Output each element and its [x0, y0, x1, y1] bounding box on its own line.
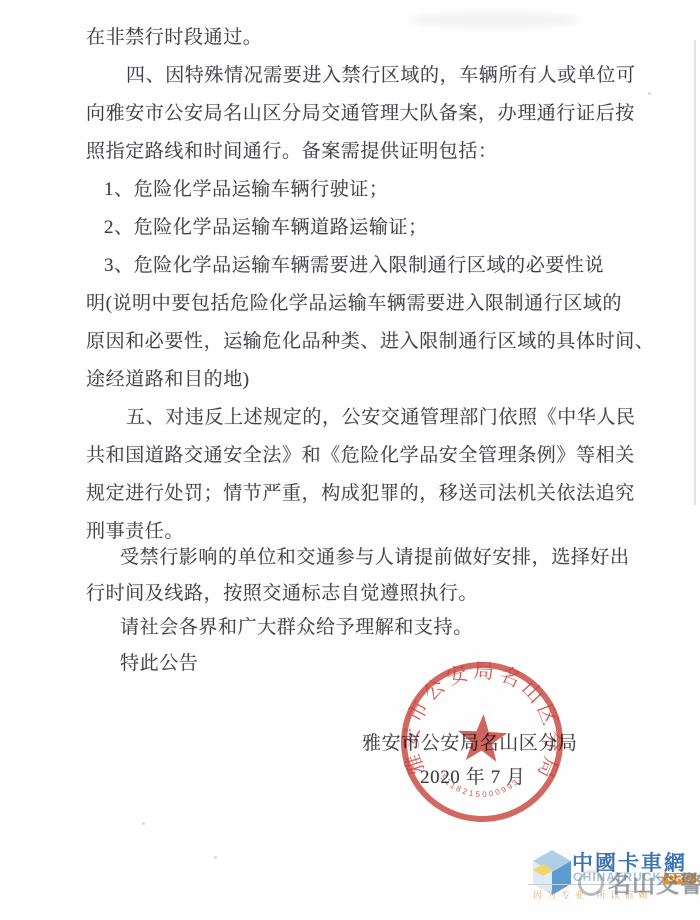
- notice-line: 原因和必要性，运输危化品种类、进入限制通行区域的具体时间、: [86, 326, 654, 353]
- notice-line: 规定进行处罚；情节严重，构成犯罪的，移送司法机关依法追究: [86, 478, 635, 505]
- notice-line: 共和国道路交通安全法》和《危险化学品安全管理条例》等相关: [86, 440, 635, 467]
- notice-line: 向雅安市公安局名山区分局交通管理大队备案，办理通行证后按: [86, 98, 635, 125]
- scan-smudge: [410, 12, 580, 28]
- police-watermark-text: 名山交警: [608, 866, 700, 899]
- notice-line: 明(说明中要包括危险化学品运输车辆需要进入限制通行区域的: [86, 288, 622, 315]
- scan-speck: [142, 822, 145, 825]
- notice-line: 途经道路和目的地): [86, 364, 250, 391]
- notice-line: 照指定路线和时间通行。备案需提供证明包括：: [86, 136, 498, 163]
- notice-line: 1、危险化学品运输车辆行驶证；: [104, 174, 389, 201]
- police-watermark: 名山交警: [578, 866, 700, 899]
- notice-line: 五、对违反上述规定的，公安交通管理部门依照《中华人民: [126, 402, 636, 429]
- scan-speck: [648, 92, 651, 95]
- notice-line: 在非禁行时段通过。: [86, 22, 262, 49]
- notice-line: 刑事责任。: [86, 516, 184, 543]
- watermark-ring-icon: [578, 870, 604, 896]
- notice-line: 请社会各界和广大群众给予理解和支持。: [120, 612, 473, 639]
- official-seal: 雅安市公安局名山区分局 5118215000993: [392, 654, 573, 833]
- notice-line: 四、因特殊情况需要进入禁行区域的，车辆所有人或单位可: [126, 60, 636, 87]
- notice-line: 受禁行影响的单位和交通参与人请提前做好安排，选择好出: [120, 542, 630, 569]
- seal-code: 5118215000993: [438, 772, 522, 801]
- seal-star-icon: [456, 713, 508, 763]
- scan-page-edge: [694, 40, 696, 505]
- scan-speck: [214, 856, 217, 859]
- notice-line: 3、危险化学品运输车辆需要进入限制通行区域的必要性说: [104, 250, 604, 277]
- scanned-notice-page: 在非禁行时段通过。 四、因特殊情况需要进入禁行区域的，车辆所有人或单位可 向雅安…: [0, 0, 700, 920]
- notice-line: 行时间及线路，按照交通标志自觉遵照执行。: [86, 578, 478, 605]
- notice-line: 2、危险化学品运输车辆道路运输证；: [104, 212, 428, 239]
- notice-line: 特此公告: [120, 648, 198, 675]
